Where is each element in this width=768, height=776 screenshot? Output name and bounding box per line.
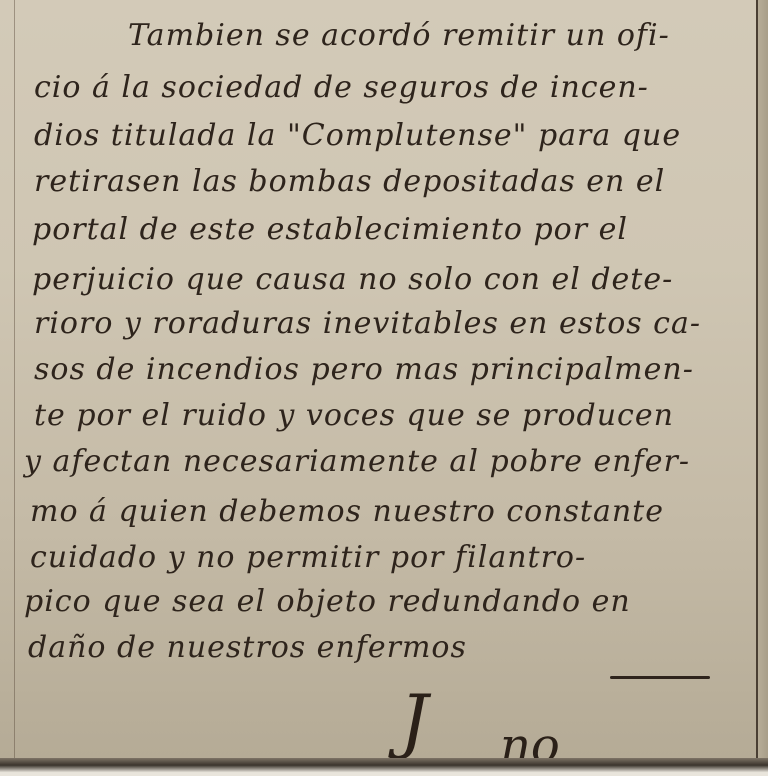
manuscript-page: Tambien se acordó remitir un ofi- cio á … xyxy=(0,0,758,758)
signature-initial: J xyxy=(400,680,428,762)
closing-rule xyxy=(610,676,710,679)
text-line-3: dios titulada la "Complutense" para que xyxy=(34,118,681,153)
adjacent-page-edge xyxy=(758,0,768,776)
text-line-10: y afectan necesariamente al pobre enfer- xyxy=(24,444,690,479)
text-line-14: daño de nuestros enfermos xyxy=(28,630,467,665)
handwritten-text: Tambien se acordó remitir un ofi- cio á … xyxy=(0,0,756,758)
text-line-12: cuidado y no permitir por filantro- xyxy=(30,540,586,575)
text-line-1: Tambien se acordó remitir un ofi- xyxy=(128,18,670,53)
text-line-4: retirasen las bombas depositadas en el xyxy=(34,164,665,199)
text-line-13: pico que sea el objeto redundando en xyxy=(24,584,631,619)
text-line-2: cio á la sociedad de seguros de incen- xyxy=(34,70,649,105)
text-line-9: te por el ruido y voces que se producen xyxy=(34,398,674,433)
text-line-7: rioro y roraduras inevitables en estos c… xyxy=(34,306,701,341)
text-line-6: perjuicio que causa no solo con el dete- xyxy=(32,262,673,297)
text-line-8: sos de incendios pero mas principalmen- xyxy=(34,352,694,387)
text-line-5: portal de este establecimiento por el xyxy=(32,212,628,247)
text-line-11: mo á quien debemos nuestro constante xyxy=(30,494,664,529)
page-bottom-edge xyxy=(0,758,768,776)
